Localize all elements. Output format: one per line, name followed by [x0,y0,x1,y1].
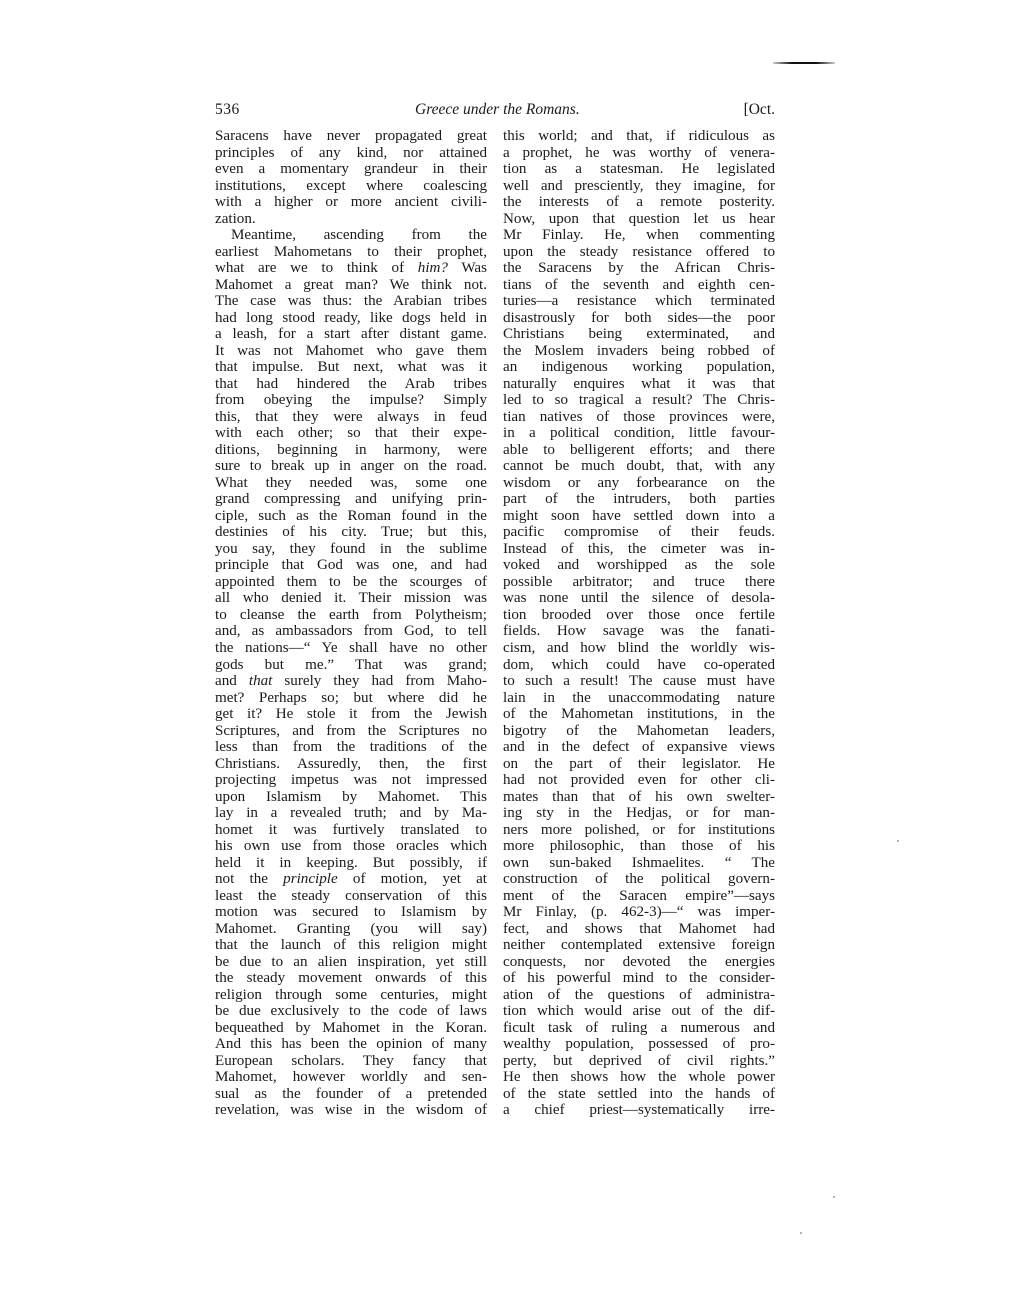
text-line: this world; and that, if ridiculous as [503,128,775,145]
text-line: in a political condition, little favour- [503,425,775,442]
text-line: homet it was furtively translated to [215,822,487,839]
text-line: was none until the silence of desola- [503,590,775,607]
text-line: ficult task of ruling a numerous and [503,1020,775,1037]
text-line: The case was thus: the Arabian tribes [215,293,487,310]
scan-speck [833,1196,835,1198]
text-line: bequeathed by Mahomet in the Koran. [215,1020,487,1037]
text-line: It was not Mahomet who gave them [215,343,487,360]
text-line: projecting impetus was not impressed [215,772,487,789]
text-line: be due to an alien inspiration, yet stil… [215,954,487,971]
text-line: ment of the Saracen empire”—says [503,888,775,905]
page-number: 536 [215,101,240,119]
text-line: had long stood ready, like dogs held in [215,310,487,327]
text-line: might soon have settled down into a [503,508,775,525]
text-line: Christians. Assuredly, then, the first [215,756,487,773]
text-line: principles of any kind, nor attained [215,145,487,162]
text-line: ners more polished, or for institutions [503,822,775,839]
text-line: the steady movement onwards of this [215,970,487,987]
text-line: Mahomet, however worldly and sen- [215,1069,487,1086]
text-line: He then shows how the whole power [503,1069,775,1086]
text-line: ing sty in the Hedjas, or for man- [503,805,775,822]
text-line: earliest Mahometans to their prophet, [215,244,487,261]
text-line: zation. [215,211,487,228]
text-line: perty, but deprived of civil rights.” [503,1053,775,1070]
text-line: had not provided even for other cli- [503,772,775,789]
text-line: pacific compromise of their feuds. [503,524,775,541]
text-line: Mahomet. Granting (you will say) [215,921,487,938]
text-line: ciple, such as the Roman found in the [215,508,487,525]
text-line: lay in a revealed truth; and by Ma- [215,805,487,822]
text-line: tion as a statesman. He legislated [503,161,775,178]
text-line: European scholars. They fancy that [215,1053,487,1070]
text-line: construction of the political govern- [503,871,775,888]
text-line: a chief priest—systematically irre- [503,1102,775,1119]
text-line: that the launch of this religion might [215,937,487,954]
text-line: and that surely they had from Maho- [215,673,487,690]
text-line: the interests of a remote posterity. [503,194,775,211]
text-line: the nations—“ Ye shall have no other [215,640,487,657]
text-line: part of the intruders, both parties [503,491,775,508]
text-line: What they needed was, some one [215,475,487,492]
running-title: Greece under the Romans. [415,101,580,119]
text-line: less than from the traditions of the [215,739,487,756]
text-line: tian natives of those provinces were, [503,409,775,426]
text-line: mates than that of his own swelter- [503,789,775,806]
text-line: upon Islamism by Mahomet. This [215,789,487,806]
text-line: Christians being exterminated, and [503,326,775,343]
text-line: of the state settled into the hands of [503,1086,775,1103]
text-line: grand compressing and unifying prin- [215,491,487,508]
issue-month: [Oct. [744,101,775,119]
text-line: all who denied it. Their mission was [215,590,487,607]
text-line: be due exclusively to the code of laws [215,1003,487,1020]
text-line: more philosophic, than those of his [503,838,775,855]
text-line: Saracens have never propagated great [215,128,487,145]
text-line: you say, they found in the sublime [215,541,487,558]
text-line: tion which would arise out of the dif- [503,1003,775,1020]
text-line: ditions, beginning in harmony, were [215,442,487,459]
text-line: motion was secured to Islamism by [215,904,487,921]
text-line: a prophet, he was worthy of venera- [503,145,775,162]
text-line: that had hindered the Arab tribes [215,376,487,393]
text-line: led to so tragical a result? The Chris- [503,392,775,409]
text-line: well and presciently, they imagine, for [503,178,775,195]
text-line: on the part of their legislator. He [503,756,775,773]
text-line: turies—a resistance which terminated [503,293,775,310]
text-line: held it in keeping. But possibly, if [215,855,487,872]
text-line: of his powerful mind to the consider- [503,970,775,987]
text-line: this, that they were always in feud [215,409,487,426]
text-line: with each other; so that their expe- [215,425,487,442]
text-line: principle that God was one, and had [215,557,487,574]
text-line: his own use from those oracles which [215,838,487,855]
emphasis: that [249,673,272,689]
text-line: disastrously for both sides—the poor [503,310,775,327]
text-column-left: Saracens have never propagated greatprin… [215,128,487,1119]
text-line: own sun-baked Ishmaelites. “ The [503,855,775,872]
text-column-right: this world; and that, if ridiculous asa … [503,128,775,1119]
text-line: religion through some centuries, might [215,987,487,1004]
text-line: the Saracens by the African Chris- [503,260,775,277]
text-line: tians of the seventh and eighth cen- [503,277,775,294]
text-line: met? Perhaps so; but where did he [215,690,487,707]
text-line: destinies of his city. True; but this, [215,524,487,541]
text-line: not the principle of motion, yet at [215,871,487,888]
text-line: possible arbitrator; and truce there [503,574,775,591]
text-line: least the steady conservation of this [215,888,487,905]
text-line: an indigenous working population, [503,359,775,376]
text-line: gods but me.” That was grand; [215,657,487,674]
text-line: to cleanse the earth from Polytheism; [215,607,487,624]
text-line: get it? He stole it from the Jewish [215,706,487,723]
text-line: tion brooded over those once fertile [503,607,775,624]
text-line: ation of the questions of administra- [503,987,775,1004]
text-line: cannot be much doubt, that, with any [503,458,775,475]
text-line: even a momentary grandeur in their [215,161,487,178]
text-line: sure to break up in anger on the road. [215,458,487,475]
text-line: Now, upon that question let us hear [503,211,775,228]
text-line: of the Mahometan institutions, in the [503,706,775,723]
text-line: upon the steady resistance offered to [503,244,775,261]
text-line: from obeying the impulse? Simply [215,392,487,409]
text-line: revelation, was wise in the wisdom of [215,1102,487,1119]
text-line: fect, and shows that Mahomet had [503,921,775,938]
text-line: appointed them to be the scourges of [215,574,487,591]
text-line: the Moslem invaders being robbed of [503,343,775,360]
text-line: and in the defect of expansive views [503,739,775,756]
text-line: Mahomet a great man? We think not. [215,277,487,294]
scan-artifact-mark [773,62,835,64]
text-line: that impulse. But next, what was it [215,359,487,376]
text-line: Mr Finlay. He, when commenting [503,227,775,244]
scan-speck [800,1232,802,1234]
text-line: institutions, except where coalescing [215,178,487,195]
text-line: a leash, for a start after distant game. [215,326,487,343]
text-line: And this has been the opinion of many [215,1036,487,1053]
emphasis: principle [283,871,338,887]
text-line: Mr Finlay, (p. 462-3)—“ was imper- [503,904,775,921]
text-line: dom, which could have co-operated [503,657,775,674]
text-line: sual as the founder of a pretended [215,1086,487,1103]
text-line: able to belligerent efforts; and there [503,442,775,459]
text-line: fields. How savage was the fanati- [503,623,775,640]
emphasis: him? [418,260,448,276]
text-line: to such a result! The cause must have [503,673,775,690]
text-line: lain in the unaccommodating nature [503,690,775,707]
text-line: neither contemplated extensive foreign [503,937,775,954]
page-header: 536 Greece under the Romans. [Oct. [215,101,775,121]
text-line: cism, and how blind the worldly wis- [503,640,775,657]
text-line: conquests, nor devoted the energies [503,954,775,971]
text-line: with a higher or more ancient civili- [215,194,487,211]
text-line: what are we to think of him? Was [215,260,487,277]
text-line: naturally enquires what it was that [503,376,775,393]
text-line: Scriptures, and from the Scriptures no [215,723,487,740]
text-line: bigotry of the Mahometan leaders, [503,723,775,740]
text-line: Meantime, ascending from the [215,227,487,244]
text-line: wisdom or any forbearance on the [503,475,775,492]
text-line: voked and worshipped as the sole [503,557,775,574]
text-line: and, as ambassadors from God, to tell [215,623,487,640]
text-line: wealthy population, possessed of pro- [503,1036,775,1053]
scan-speck [897,840,899,842]
text-line: Instead of this, the cimeter was in- [503,541,775,558]
